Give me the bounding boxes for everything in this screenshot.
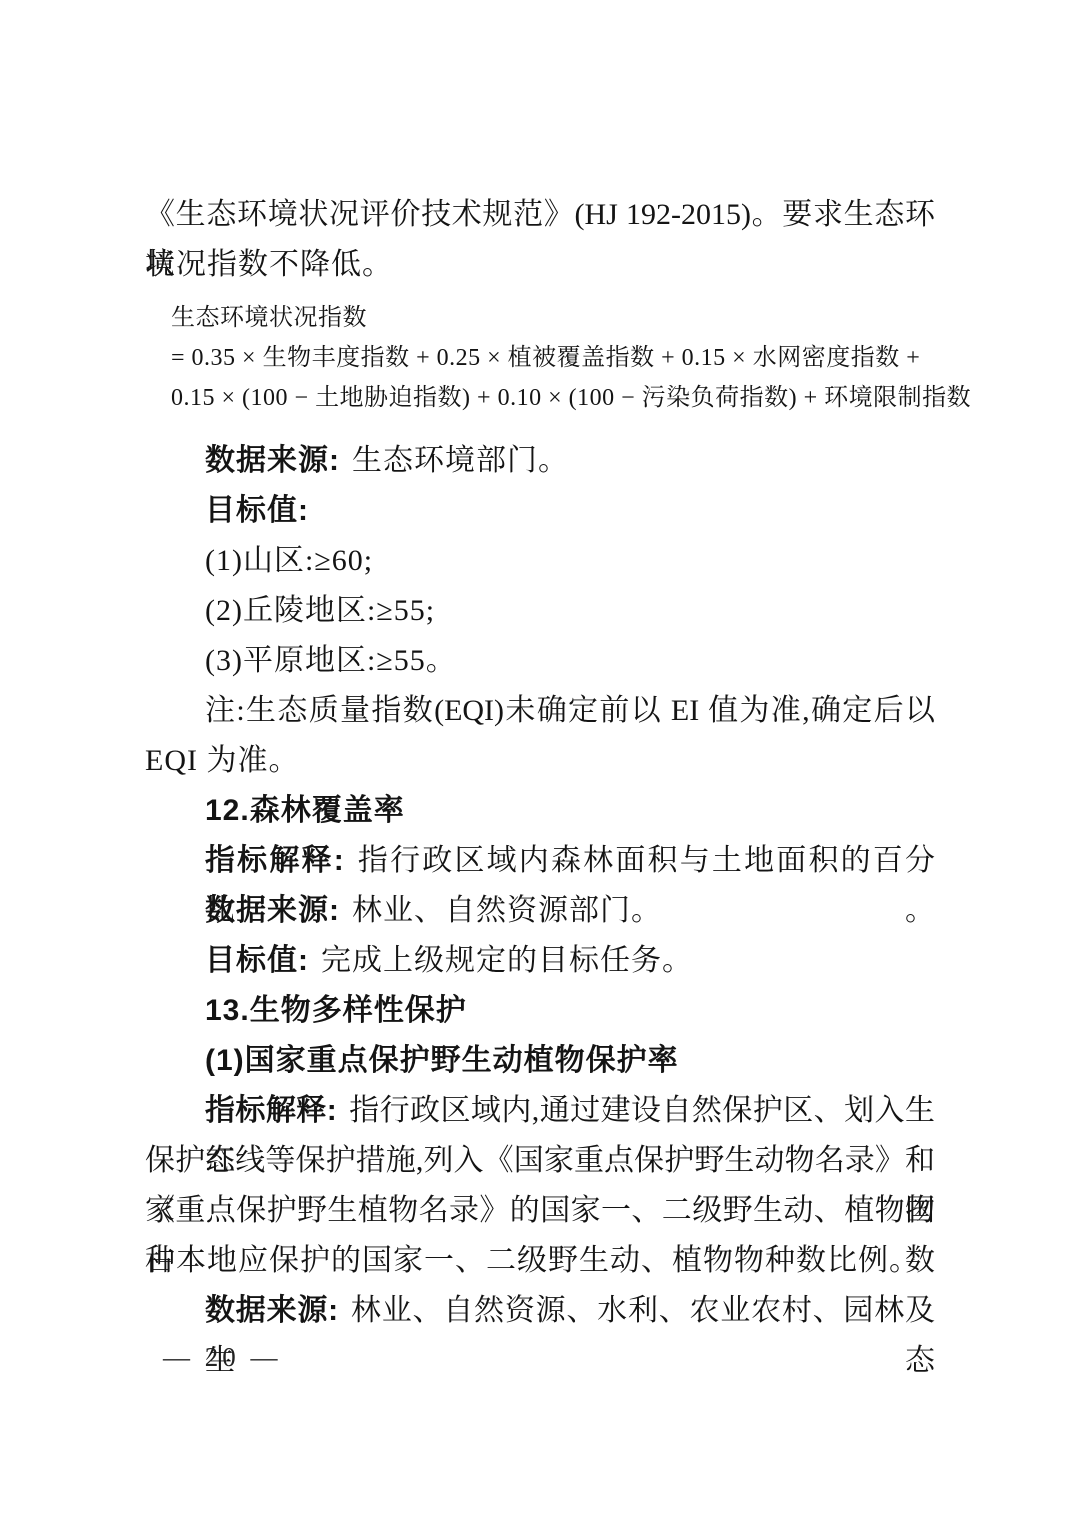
- target-item-plain: (3)平原地区:≥55。: [145, 636, 935, 686]
- section-13-explain-line-3: 家重点保护野生植物名录》的国家一、二级野生动、植物物种数: [145, 1186, 935, 1236]
- document-page: 《生态环境状况评价技术规范》(HJ 192-2015)。要求生态环境 状况指数不…: [0, 0, 1074, 1520]
- page-number: — 20 —: [163, 1340, 282, 1374]
- formula-line-1: 生态环境状况指数: [171, 298, 935, 338]
- target-value-label: 目标值:: [205, 944, 309, 977]
- indicator-explain-label: 指标解释:: [205, 844, 344, 877]
- section-12-target-line: 目标值:完成上级规定的目标任务。: [145, 936, 935, 986]
- section-12-heading: 12.森林覆盖率: [145, 786, 935, 836]
- data-source-label: 数据来源:: [205, 894, 340, 927]
- target-value-heading: 目标值:: [145, 486, 935, 536]
- data-source-text: 生态环境部门。: [352, 444, 569, 477]
- section-12-explain-line: 指标解释:指行政区域内森林面积与土地面积的百分比。: [145, 836, 935, 886]
- target-item-mountain: (1)山区:≥60;: [145, 536, 935, 586]
- section-13-heading: 13.生物多样性保护: [145, 986, 935, 1036]
- section-13-explain-line-2: 保护红线等保护措施,列入《国家重点保护野生动物名录》和《国: [145, 1136, 935, 1186]
- ei-formula-block: 生态环境状况指数 = 0.35 × 生物丰度指数 + 0.25 × 植被覆盖指数…: [145, 298, 935, 418]
- paragraph-continued-line-1: 《生态环境状况评价技术规范》(HJ 192-2015)。要求生态环境: [145, 190, 935, 240]
- page-content: 《生态环境状况评价技术规范》(HJ 192-2015)。要求生态环境 状况指数不…: [145, 190, 935, 1336]
- note-line-2: EQI 为准。: [145, 736, 935, 786]
- indicator-explain-label: 指标解释:: [205, 1094, 337, 1127]
- section-13-explain-line-1: 指标解释:指行政区域内,通过建设自然保护区、划入生态: [145, 1086, 935, 1136]
- target-value-label: 目标值:: [205, 494, 309, 527]
- data-source-label: 数据来源:: [205, 1294, 338, 1327]
- section-13-sub1-heading: (1)国家重点保护野生动植物保护率: [145, 1036, 935, 1086]
- formula-line-2: = 0.35 × 生物丰度指数 + 0.25 × 植被覆盖指数 + 0.15 ×…: [171, 338, 935, 378]
- section-13-source-line: 数据来源:林业、自然资源、水利、农业农村、园林及生态: [145, 1286, 935, 1336]
- data-source-label: 数据来源:: [205, 444, 340, 477]
- section-13-explain-line-4: 占本地应保护的国家一、二级野生动、植物物种数比例。: [145, 1236, 935, 1286]
- target-item-hill: (2)丘陵地区:≥55;: [145, 586, 935, 636]
- target-value-text: 完成上级规定的目标任务。: [321, 944, 693, 977]
- data-source-text: 林业、自然资源部门。: [352, 894, 662, 927]
- paragraph-continued-line-2: 状况指数不降低。: [145, 240, 935, 290]
- note-line-1: 注:生态质量指数(EQI)未确定前以 EI 值为准,确定后以: [145, 686, 935, 736]
- data-source-line: 数据来源:生态环境部门。: [145, 436, 935, 486]
- formula-line-3: 0.15 × (100 − 土地胁迫指数) + 0.10 × (100 − 污染…: [171, 378, 935, 418]
